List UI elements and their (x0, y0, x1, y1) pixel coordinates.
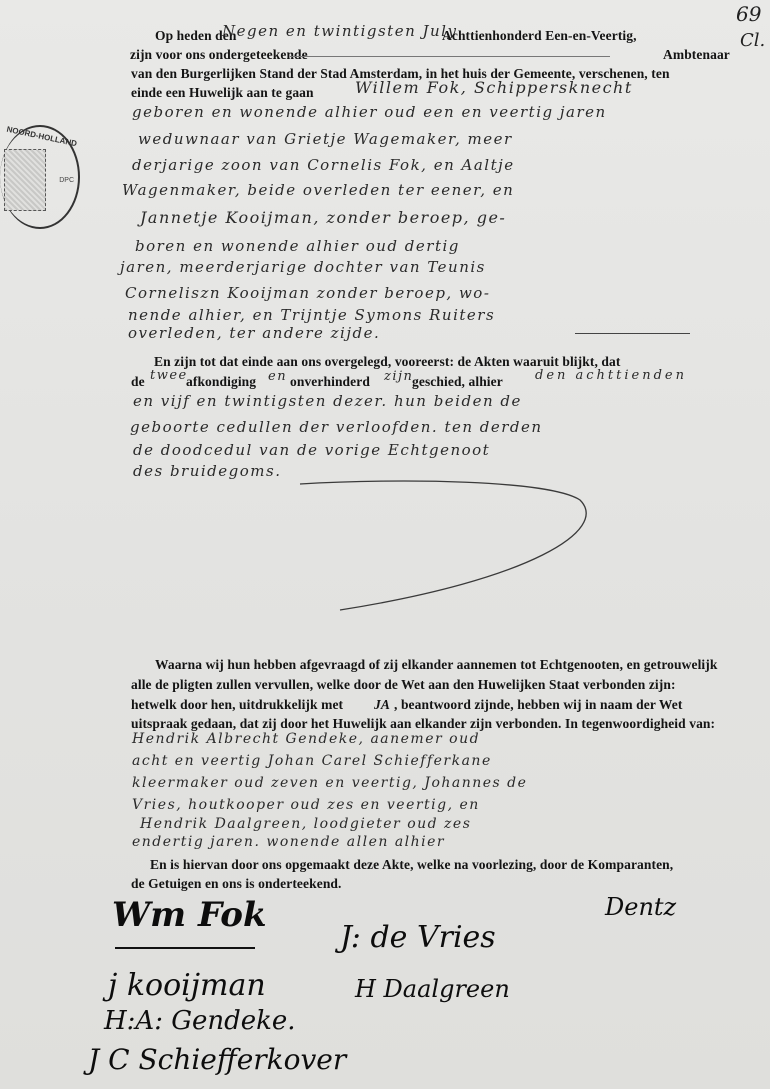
parties-line-10: overleden, ter andere zijde. (128, 324, 380, 342)
closing-line2: de Getuigen en ons is onderteekend. (131, 876, 342, 892)
consent-line2: alle de pligten zullen vervullen, welke … (131, 677, 676, 693)
parties-line-1: geboren en wonende alhier oud een en vee… (132, 103, 607, 121)
akten-geschied: geschied, alhier (412, 374, 503, 390)
akten-afkondiging: afkondiging (186, 374, 256, 390)
akten-hand-en: en (268, 369, 287, 384)
akten-hand-twee: twee (150, 368, 188, 383)
signature-underline (115, 947, 255, 949)
consent-line3-prefix: hetwelk door hen, uitdrukkelijk met (131, 697, 343, 713)
parties-line-8: Corneliszn Kooijman zonder beroep, wo- (125, 284, 490, 302)
groom-name-handwritten: Willem Fok, Schippersknecht (355, 78, 633, 97)
akten-hand-line-4: des bruidegoms. (133, 462, 281, 480)
consent-ja: JA (374, 697, 390, 713)
witness-line-4: Vries, houtkooper oud zes en veertig, en (132, 797, 480, 813)
blank-line (290, 56, 610, 57)
opening-date-handwritten: Negen en twintigsten July (222, 22, 457, 40)
opening-line2-suffix: Ambtenaar (663, 47, 730, 63)
parties-line-3: derjarige zoon van Cornelis Fok, en Aalt… (132, 156, 515, 174)
witness-line-1: Hendrik Albrecht Gendeke, aanemer oud (132, 731, 480, 747)
flourish-stroke (280, 470, 600, 620)
margin-mark: Cl. (740, 30, 765, 51)
document-page: 69 Cl. NOORD-HOLLAND DPC Op heden den Ne… (0, 0, 770, 1089)
signature-official: Dentz (605, 893, 676, 921)
parties-line-4: Wagenmaker, beide overleden ter eener, e… (122, 181, 514, 199)
parties-line-6: boren en wonende alhier oud dertig (135, 237, 460, 255)
signature-witness-gendeke: H:A: Gendeke. (104, 1006, 296, 1036)
consent-line3-suffix: , beantwoord zijnde, hebben wij in naam … (394, 697, 682, 713)
crown-emblem-icon (4, 149, 46, 211)
parties-line-7: jaren, meerderjarige dochter van Teunis (120, 258, 486, 276)
akten-hand-line-3: de doodcedul van de vorige Echtgenoot (133, 441, 490, 459)
consent-line4: uitspraak gedaan, dat zij door het Huwel… (131, 716, 715, 732)
parties-line-2: weduwnaar van Grietje Wagemaker, meer (138, 130, 513, 148)
signature-witness-de-vries: J: de Vries (340, 920, 496, 955)
witness-line-3: kleermaker oud zeven en veertig, Johanne… (132, 775, 527, 791)
signature-bride: j kooijman (108, 968, 266, 1003)
signature-groom: Wm Fok (112, 895, 267, 935)
akten-hand-line-1: en vijf en twintigsten dezer. hun beiden… (133, 392, 522, 410)
consent-line1: Waarna wij hun hebben afgevraagd of zij … (155, 657, 717, 673)
closing-stroke (575, 333, 690, 334)
akten-hand-zijn: zijn (384, 369, 413, 384)
signature-witness-daalgreen: H Daalgreen (355, 975, 510, 1003)
signature-witness-schiefferkover: J C Schiefferkover (88, 1043, 346, 1076)
witness-line-2: acht en veertig Johan Carel Schiefferkan… (132, 753, 492, 769)
page-number: 69 (736, 2, 761, 26)
akten-hand-line-2: geboorte cedullen der verloofden. ten de… (130, 418, 543, 436)
akten-line2-prefix: de (131, 374, 145, 390)
noord-holland-stamp: NOORD-HOLLAND DPC (0, 125, 80, 229)
parties-line-5: Jannetje Kooijman, zonder beroep, ge- (140, 208, 506, 227)
witness-line-5: Hendrik Daalgreen, loodgieter oud zes (140, 816, 471, 832)
stamp-text: NOORD-HOLLAND (6, 125, 78, 149)
opening-line4-prefix: einde een Huwelijk aan te gaan (131, 85, 314, 101)
akten-onverhinderd: onverhinderd (290, 374, 370, 390)
akten-hand-datum: den achttienden (535, 368, 687, 383)
witness-line-6: endertig jaren. wonende allen alhier (132, 834, 445, 850)
closing-line1: En is hiervan door ons opgemaakt deze Ak… (150, 857, 673, 873)
parties-line-9: nende alhier, en Trijntje Symons Ruiters (128, 306, 495, 324)
opening-line1-suffix: Achttienhonderd Een-en-Veertig, (442, 28, 637, 44)
opening-line2-prefix: zijn voor ons ondergeteekende (130, 47, 308, 63)
stamp-side-text: DPC (59, 177, 74, 184)
